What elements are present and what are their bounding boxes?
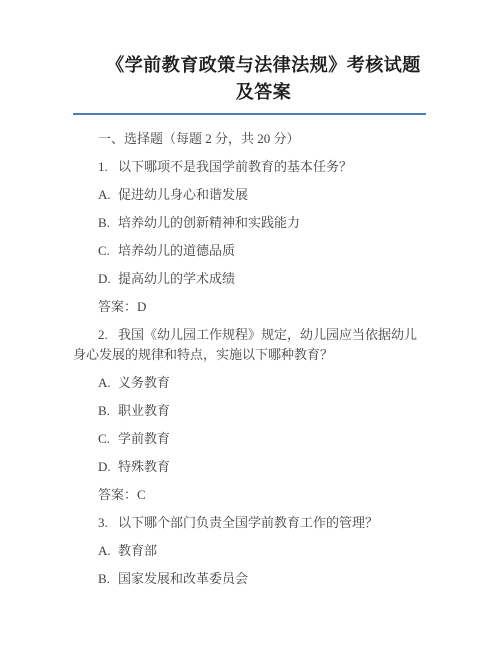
question-3: 3.以下哪个部门负责全国学前教育工作的管理？ xyxy=(73,513,426,533)
document-body: 一、选择题（每题 2 分，共 20 分） 1.以下哪项不是我国学前教育的基本任务… xyxy=(73,129,426,589)
question-3-option-b: B.国家发展和改革委员会 xyxy=(73,569,426,589)
question-1-option-c: C.培养幼儿的道德品质 xyxy=(73,241,426,261)
title-divider xyxy=(73,113,426,115)
option-text: 职业教育 xyxy=(118,403,170,418)
section-heading: 一、选择题（每题 2 分，共 20 分） xyxy=(73,129,426,149)
option-marker: B. xyxy=(98,213,118,233)
option-text: 特殊教育 xyxy=(118,459,170,474)
question-3-option-a: A.教育部 xyxy=(73,541,426,561)
document-title: 《学前教育政策与法律法规》考核试题 及答案 xyxy=(73,52,426,106)
option-text: 学前教育 xyxy=(118,431,170,446)
answer-value: D xyxy=(137,299,146,314)
answer-value: C xyxy=(137,487,146,502)
question-2-option-d: D.特殊教育 xyxy=(73,457,426,477)
option-text: 义务教育 xyxy=(118,375,170,390)
question-1-option-b: B.培养幼儿的创新精神和实践能力 xyxy=(73,213,426,233)
question-2: 2.我国《幼儿园工作规程》规定，幼儿园应当依据幼儿身心发展的规律和特点，实施以下… xyxy=(73,325,426,365)
question-number: 2. xyxy=(98,325,118,345)
document-title-line2: 及答案 xyxy=(101,79,426,106)
question-1-answer: 答案：D xyxy=(73,297,426,317)
answer-label: 答案： xyxy=(98,299,137,314)
question-2-answer: 答案：C xyxy=(73,485,426,505)
question-2-option-c: C.学前教育 xyxy=(73,429,426,449)
question-text: 我国《幼儿园工作规程》规定，幼儿园应当依据幼儿身心发展的规律和特点，实施以下哪种… xyxy=(73,327,417,362)
option-marker: B. xyxy=(98,569,118,589)
option-marker: D. xyxy=(98,269,118,289)
option-marker: A. xyxy=(98,185,118,205)
question-number: 3. xyxy=(98,513,118,533)
document-title-line1: 《学前教育政策与法律法规》考核试题 xyxy=(101,52,426,79)
option-text: 培养幼儿的创新精神和实践能力 xyxy=(118,215,300,230)
option-marker: D. xyxy=(98,457,118,477)
option-text: 培养幼儿的道德品质 xyxy=(118,243,235,258)
option-text: 教育部 xyxy=(118,543,157,558)
document-page: 《学前教育政策与法律法规》考核试题 及答案 一、选择题（每题 2 分，共 20 … xyxy=(0,0,502,649)
question-text: 以下哪个部门负责全国学前教育工作的管理？ xyxy=(118,515,378,530)
option-text: 提高幼儿的学术成绩 xyxy=(118,271,235,286)
question-1-option-d: D.提高幼儿的学术成绩 xyxy=(73,269,426,289)
question-1: 1.以下哪项不是我国学前教育的基本任务？ xyxy=(73,157,426,177)
answer-label: 答案： xyxy=(98,487,137,502)
question-text: 以下哪项不是我国学前教育的基本任务？ xyxy=(118,159,352,174)
option-marker: B. xyxy=(98,401,118,421)
question-1-option-a: A.促进幼儿身心和谐发展 xyxy=(73,185,426,205)
option-marker: A. xyxy=(98,373,118,393)
option-marker: C. xyxy=(98,241,118,261)
question-number: 1. xyxy=(98,157,118,177)
option-text: 促进幼儿身心和谐发展 xyxy=(118,187,248,202)
option-text: 国家发展和改革委员会 xyxy=(118,571,248,586)
question-2-option-b: B.职业教育 xyxy=(73,401,426,421)
question-2-option-a: A.义务教育 xyxy=(73,373,426,393)
option-marker: A. xyxy=(98,541,118,561)
option-marker: C. xyxy=(98,429,118,449)
